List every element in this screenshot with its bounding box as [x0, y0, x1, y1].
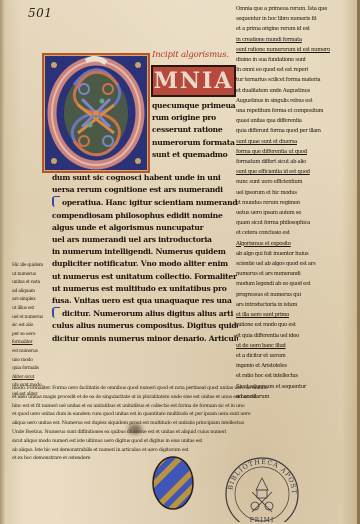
text-line: uersa rerum cognitione est ars numerandi: [52, 184, 238, 196]
text-line: uel ars numerandi uel ars introductoria: [52, 234, 238, 246]
paragraph-mark-blue: [52, 196, 60, 207]
gloss-line: Hic ille quidem: [12, 262, 52, 271]
commentary-line: sicut aliquo modo numeri est iste ultimu…: [12, 437, 348, 446]
gloss-line: sic est alio: [12, 322, 52, 331]
text-line: fusa. Vnitas uero est qua unaquaque res …: [52, 295, 238, 307]
commentary-line: Unde Boetius. Numerus sunt diffinitiones…: [12, 428, 348, 437]
illuminated-initial: [42, 53, 150, 173]
commentary-line: formatum differt sicut ab alio: [236, 157, 348, 167]
commentary-line: et ratio hoc est intellectus: [236, 371, 348, 381]
stamp-bottom-text: PRIMI: [250, 517, 274, 522]
rubric-incipit: Incipit algorismus.: [152, 50, 229, 60]
commentary-line: et a prima origine rerum id est: [236, 24, 348, 34]
text-line: dupliciter notificatur. Vno modo aliter …: [52, 258, 238, 270]
text-line: dicitur. Numerorum alius digitus alius a…: [52, 307, 238, 320]
vatican-library-stamp-icon: BIBLIOTHECA APOSTOLICA VATICANA PRIMI: [222, 456, 302, 522]
gloss-line: ut illius est: [12, 305, 52, 314]
gloss-line: quia formalis: [12, 365, 52, 374]
gloss-line: per se uero: [12, 331, 52, 340]
gloss-line: unitas et nota: [12, 279, 52, 288]
gloss-line: uno modo: [12, 357, 52, 366]
gloss-line: ars simplex: [12, 296, 52, 305]
commentary-line: quasi unitas qua differentia: [236, 116, 348, 126]
text-line: quecumque primeua re: [152, 100, 238, 112]
commentary-line: uel ipsorum et hic modus: [236, 188, 348, 198]
commentary-line: forma que differentia ut quod: [236, 147, 348, 157]
commentary-line: et mundus rerum regimen: [236, 198, 348, 208]
commentary-line: tur ternarius scilicet forma materia: [236, 75, 348, 85]
text-line: sunt et quemadmo: [152, 149, 238, 161]
coat-of-arms-icon: [151, 455, 195, 511]
gloss-line: ut numerus: [12, 271, 52, 280]
svg-text:BIBLIOTHECA APOSTOLICA VATICAN: BIBLIOTHECA APOSTOLICA VATICANA: [222, 456, 298, 495]
commentary-line: ingenio et Aristoteles: [236, 361, 348, 371]
commentary-line: una repetitum forma et compositum: [236, 106, 348, 116]
display-capitals: MNIA: [151, 65, 236, 97]
initial-knotwork-icon: [44, 55, 148, 171]
text-line: ut numerus est multitudo ex unitatibus p…: [52, 283, 238, 295]
commentary-line: Augustinus in singulis rebus est: [236, 96, 348, 106]
text-line: culus alius numerus compositus. Digitus …: [52, 320, 238, 332]
text-line: ut numerus est unitatum collectio. Forma…: [52, 271, 238, 283]
left-margin-gloss: Hic ille quidem ut numerus unitas et not…: [12, 262, 52, 400]
manuscript-page: 501 Incipit algorismus.: [0, 0, 360, 524]
commentary-line: ab algo qui fuit inuentor huius: [236, 249, 348, 259]
commentary-line: hinc est et fit numeri uel unitas et ex …: [12, 402, 348, 411]
commentary-line: quam sicut forma philosophica: [236, 218, 348, 228]
commentary-line: Algorismus et exposito: [236, 239, 348, 249]
commentary-line: sunt quae sunt et diuersa: [236, 137, 348, 147]
text-line-content: in numerum intelligendi. Numerus quidem: [52, 247, 226, 256]
gloss-line: ad aliquam: [12, 288, 52, 297]
main-text-column: dum sunt sic cognosci habent unde in uni…: [52, 172, 238, 345]
gloss-line: Aliter sicut: [12, 374, 52, 383]
text-line: numerorum formata: [152, 137, 238, 149]
commentary-line: sunt que efficientia id est quod: [236, 167, 348, 177]
text-line: algus unde et algorismus nuncupatur: [52, 222, 238, 234]
commentary-line: diuino in sua fundatione sunt: [236, 55, 348, 65]
commentary-line: ratione est modo quo est: [236, 320, 348, 330]
ink-stain: [128, 424, 142, 434]
bottom-commentary: modo. Formaliter. Forma uero facilitatis…: [12, 384, 348, 463]
text-line: in numerum intelligendi. Numerus quidem: [52, 246, 238, 258]
text-line: compendiosam philosophus edidit nomine: [52, 210, 238, 222]
commentary-line: et ideo unitas magis procedit et de ea d…: [12, 393, 348, 402]
commentary-line: ars introductoria in istum: [236, 300, 348, 310]
commentary-line: ut de uero banc illud: [236, 341, 348, 351]
gloss-line: formaliter: [12, 339, 52, 348]
text-line: dicitur omnis numerus minor denario. Art…: [52, 333, 238, 345]
commentary-line: sequentur in hoc libro numeris fit: [236, 14, 348, 24]
text-line: operatiua. Hanc igitur scientiam numeran…: [52, 196, 238, 209]
commentary-line: in creatione mundi formata: [236, 35, 348, 45]
page-edge-left: [0, 0, 5, 524]
commentary-line: uetus uero ipsam autem se: [236, 208, 348, 218]
commentary-line: Omnia que a primeua rerum. Ista que: [236, 4, 348, 14]
commentary-line: ab aliquo. Iste hic est demonstrabilis e…: [12, 446, 348, 455]
commentary-line: et quia differentia uel ideo: [236, 331, 348, 341]
gloss-line: est numerus: [12, 348, 52, 357]
commentary-line: In omni eo quod est est reperi: [236, 65, 348, 75]
text-line-content: operatiua. Hanc igitur scientiam numeran…: [62, 198, 238, 207]
commentary-line: quia differunt forma quod per illam: [236, 126, 348, 136]
text-beside-initial: quecumque primeua re rum origine pro ces…: [152, 100, 238, 161]
commentary-line: numerus et ars numerandi: [236, 269, 348, 279]
commentary-line: sunt ratione numerorum id est numero: [236, 45, 348, 55]
commentary-line: progressus et numerus qui: [236, 290, 348, 300]
commentary-line: et cetera conclusio est: [236, 228, 348, 238]
right-commentary-column: Omnia que a primeua rerum. Ista que sequ…: [236, 4, 348, 402]
commentary-line: et illa uero sunt primo: [236, 310, 348, 320]
commentary-line: et a dicitur et uerum: [236, 351, 348, 361]
paragraph-mark-blue: [52, 307, 60, 318]
commentary-line: aliqua uero unitas est. Numerus est dupl…: [12, 419, 348, 428]
gloss-line: uel et numerus: [12, 314, 52, 323]
commentary-line: modum legendi ab eo quod est: [236, 279, 348, 289]
text-line-content: dicitur. Numerorum alius digitus alius a…: [62, 309, 233, 318]
commentary-line: modo. Formaliter. Forma uero facilitatis…: [12, 384, 348, 393]
commentary-line: et quod uero unitas dum in eandem cum qu…: [12, 410, 348, 419]
commentary-line: scientie uel ab algos quod est ars: [236, 259, 348, 269]
text-line: dum sunt sic cognosci habent unde in uni: [52, 172, 238, 184]
stamp-top-text: BIBLIOTHECA APOSTOLICA VATICANA: [222, 456, 298, 495]
text-line: rum origine pro: [152, 112, 238, 124]
commentary-line: nunc sunt uero efficientium: [236, 177, 348, 187]
folio-number: 501: [28, 6, 52, 20]
text-line: cesserunt ratione: [152, 124, 238, 136]
commentary-line: et dualitatem unde Augustinus: [236, 86, 348, 96]
